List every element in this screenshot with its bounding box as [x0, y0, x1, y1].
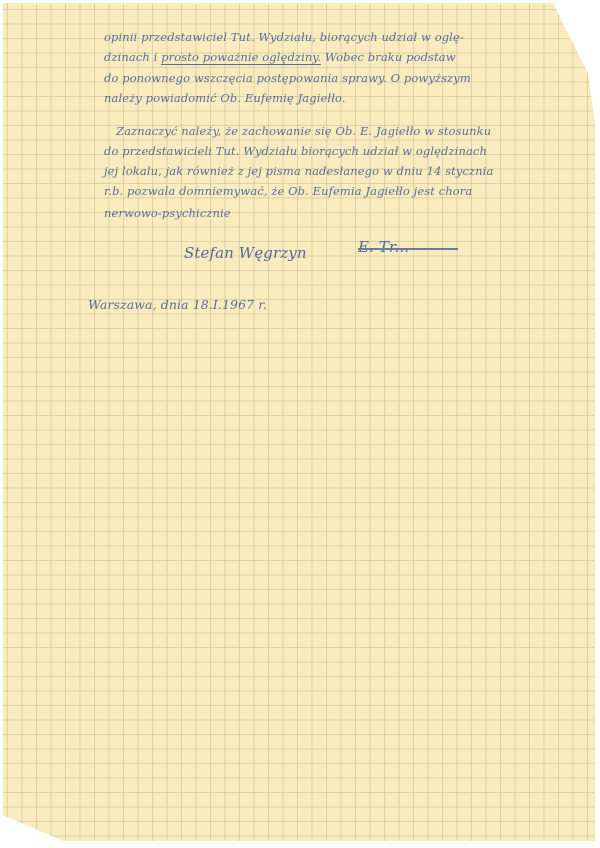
text-line: należy powiadomić Ob. Eufemię Jagiełło.	[104, 91, 346, 105]
text-line: jej lokalu, jak również z jej pisma nade…	[104, 164, 493, 178]
text-line: do przedstawicieli Tut. Wydziału biorący…	[104, 144, 487, 158]
text-line: dzinach i prosto poważnie oględziny. Wob…	[104, 50, 456, 64]
text-line: r.b. pozwala domniemywać, że Ob. Eufemia…	[104, 184, 472, 198]
signature-right: E. Tr...	[358, 238, 409, 256]
text-line: opinii przedstawiciel Tut. Wydziału, bio…	[104, 30, 464, 44]
underlined-phrase: prosto poważnie oględziny.	[161, 50, 321, 65]
signature-left: Stefan Węgrzyn	[184, 244, 307, 262]
signature-stroke	[358, 248, 458, 250]
place-date: Warszawa, dnia 18.I.1967 r.	[88, 297, 267, 312]
text-line: nerwowo-psychicznie	[104, 206, 231, 220]
text-line: Zaznaczyć należy, że zachowanie się Ob. …	[116, 124, 491, 138]
text-fragment: dzinach i	[104, 50, 161, 64]
text-line: do ponownego wszczęcia postępowania spra…	[104, 71, 471, 85]
text-fragment: Wobec braku podstaw	[321, 50, 456, 64]
